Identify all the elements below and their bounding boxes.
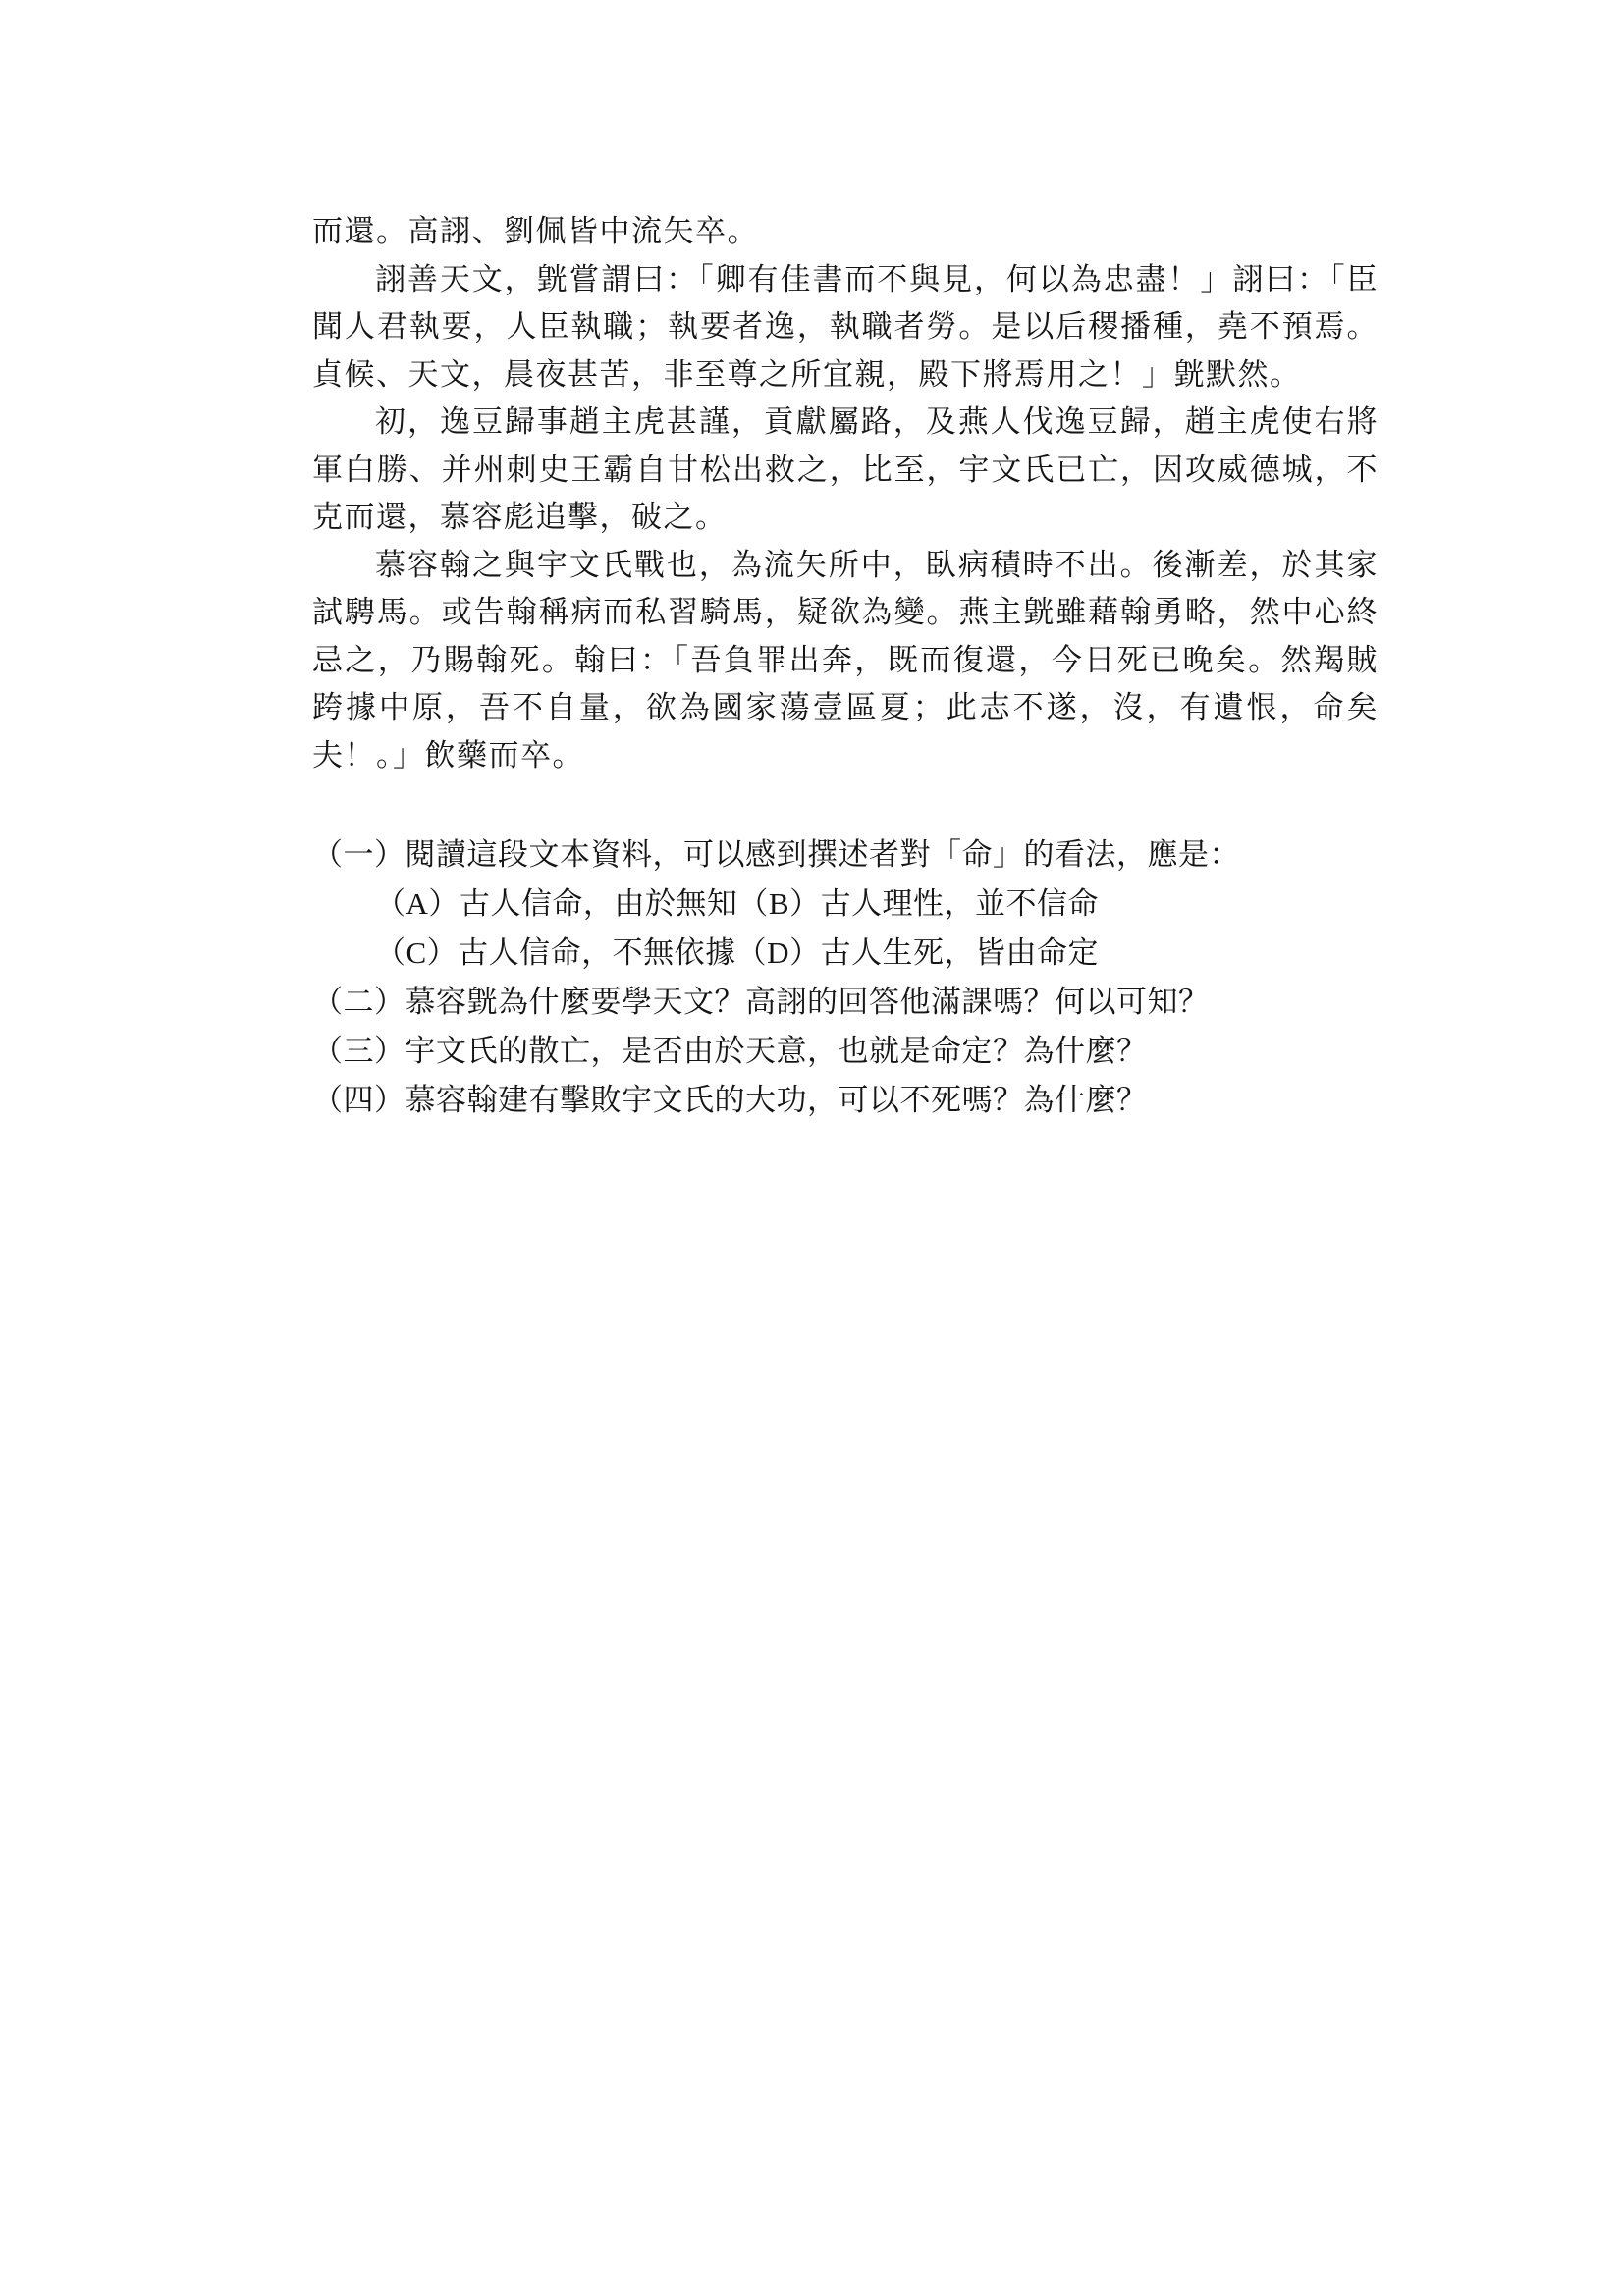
question-1-options-a-b: （A）古人信命，由於無知（B）古人理性，並不信命: [312, 880, 1461, 929]
passage-paragraph-3: 初，逸豆歸事趙主虎甚謹，貢獻屬路，及燕人伐逸豆歸，趙主虎使右將軍白勝、并州刺史王…: [312, 399, 1379, 542]
document-page: 而還。高詡、劉佩皆中流矢卒。 詡善天文，皝嘗謂曰：「卿有佳書而不與見，何以為忠盡…: [0, 0, 1624, 2296]
passage-paragraph-2: 詡善天文，皝嘗謂曰：「卿有佳書而不與見，何以為忠盡！」詡曰：「臣聞人君執要，人臣…: [312, 256, 1379, 400]
question-1-options-c-d: （C）古人信命，不無依據（D）古人生死，皆由命定: [312, 929, 1461, 978]
passage-paragraph-4: 慕容翰之與宇文氏戰也，為流矢所中，臥病積時不出。後漸差，於其家試騁馬。或告翰稱病…: [312, 542, 1379, 780]
question-2: （二）慕容皝為什麼要學天文？高詡的回答他滿課嗎？何以可知？: [312, 978, 1461, 1027]
questions-section: （一）閱讀這段文本資料，可以感到撰述者對「命」的看法，應是： （A）古人信命，由…: [312, 830, 1461, 1125]
question-3: （三）宇文氏的散亡，是否由於天意，也就是命定？為什麼？: [312, 1027, 1461, 1076]
passage-paragraph-1: 而還。高詡、劉佩皆中流矢卒。: [312, 208, 1379, 256]
question-4: （四）慕容翰建有擊敗宇文氏的大功，可以不死嗎？為什麼？: [312, 1076, 1461, 1125]
question-1: （一）閱讀這段文本資料，可以感到撰述者對「命」的看法，應是：: [312, 830, 1461, 880]
passage-text-block: 而還。高詡、劉佩皆中流矢卒。 詡善天文，皝嘗謂曰：「卿有佳書而不與見，何以為忠盡…: [312, 208, 1379, 779]
